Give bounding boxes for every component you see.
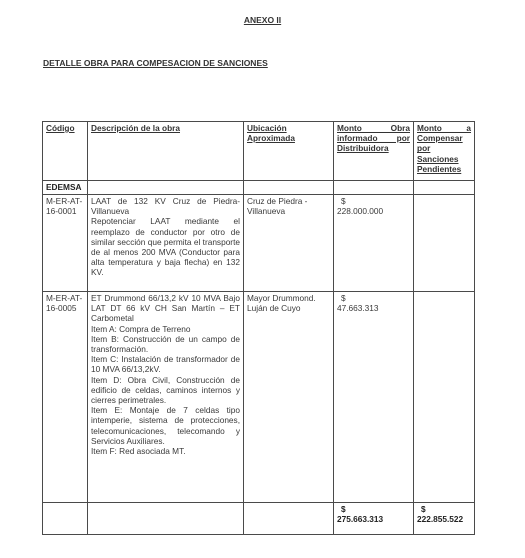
amount-value: 47.663.313 bbox=[337, 303, 379, 313]
currency-sign: $ bbox=[337, 196, 410, 206]
description-line: Item E: Montaje de 7 celdas tipo intempe… bbox=[91, 405, 240, 446]
row-ubicacion: Mayor Drummond. Luján de Cuyo bbox=[244, 292, 334, 503]
header-descripcion: Descripción de la obra bbox=[88, 122, 244, 181]
table-row: M-ER-AT-16-0001 LAAT de 132 KV Cruz de P… bbox=[43, 195, 475, 292]
group-label: EDEMSA bbox=[43, 181, 88, 195]
row-descripcion: LAAT de 132 KV Cruz de Piedra-Villanueva… bbox=[88, 195, 244, 292]
description-line: Item C: Instalación de transformador de … bbox=[91, 354, 240, 374]
description-line: Repotenciar LAAT mediante el reemplazo d… bbox=[91, 216, 240, 277]
group-row: EDEMSA bbox=[43, 181, 475, 195]
currency-sign: $ bbox=[337, 293, 410, 303]
header-ubicacion: Ubicación Aproximada bbox=[244, 122, 334, 181]
total-monto-obra: $ 275.663.313 bbox=[334, 503, 414, 535]
description-line: ET Drummond 66/13,2 kV 10 MVA Bajo LAT D… bbox=[91, 293, 240, 324]
amount-value: 222.855.522 bbox=[417, 514, 463, 524]
row-monto-compensar bbox=[414, 292, 475, 503]
header-monto-compensar: Monto a Compensar por Sanciones Pendient… bbox=[414, 122, 475, 181]
row-codigo: M-ER-AT-16-0001 bbox=[43, 195, 88, 292]
amount-value: 228.000.000 bbox=[337, 206, 383, 216]
header-monto-obra: Monto Obra informado por Distribuidora bbox=[334, 122, 414, 181]
row-monto-obra: $ 228.000.000 bbox=[334, 195, 414, 292]
document-subtitle: DETALLE OBRA PARA COMPESACION DE SANCION… bbox=[43, 58, 268, 68]
row-monto-compensar bbox=[414, 195, 475, 292]
row-descripcion: ET Drummond 66/13,2 kV 10 MVA Bajo LAT D… bbox=[88, 292, 244, 503]
row-ubicacion: Cruz de Piedra - Villanueva bbox=[244, 195, 334, 292]
description-line: Item F: Red asociada MT. bbox=[91, 446, 240, 456]
row-codigo: M-ER-AT-16-0005 bbox=[43, 292, 88, 503]
table-row: M-ER-AT-16-0005 ET Drummond 66/13,2 kV 1… bbox=[43, 292, 475, 503]
totals-row: $ 275.663.313 $ 222.855.522 bbox=[43, 503, 475, 535]
total-monto-compensar: $ 222.855.522 bbox=[414, 503, 475, 535]
description-line: LAAT de 132 KV Cruz de Piedra-Villanueva bbox=[91, 196, 240, 216]
currency-sign: $ bbox=[337, 504, 410, 514]
description-line: Item D: Obra Civil, Construcción de edif… bbox=[91, 375, 240, 406]
description-line: Item B: Construcción de un campo de tran… bbox=[91, 334, 240, 354]
obra-table: Código Descripción de la obra Ubicación … bbox=[42, 121, 475, 535]
amount-value: 275.663.313 bbox=[337, 514, 383, 524]
table-header-row: Código Descripción de la obra Ubicación … bbox=[43, 122, 475, 181]
currency-sign: $ bbox=[417, 504, 471, 514]
description-line: Item A: Compra de Terreno bbox=[91, 324, 240, 334]
annex-title: ANEXO II bbox=[0, 15, 525, 25]
row-monto-obra: $ 47.663.313 bbox=[334, 292, 414, 503]
header-codigo: Código bbox=[43, 122, 88, 181]
